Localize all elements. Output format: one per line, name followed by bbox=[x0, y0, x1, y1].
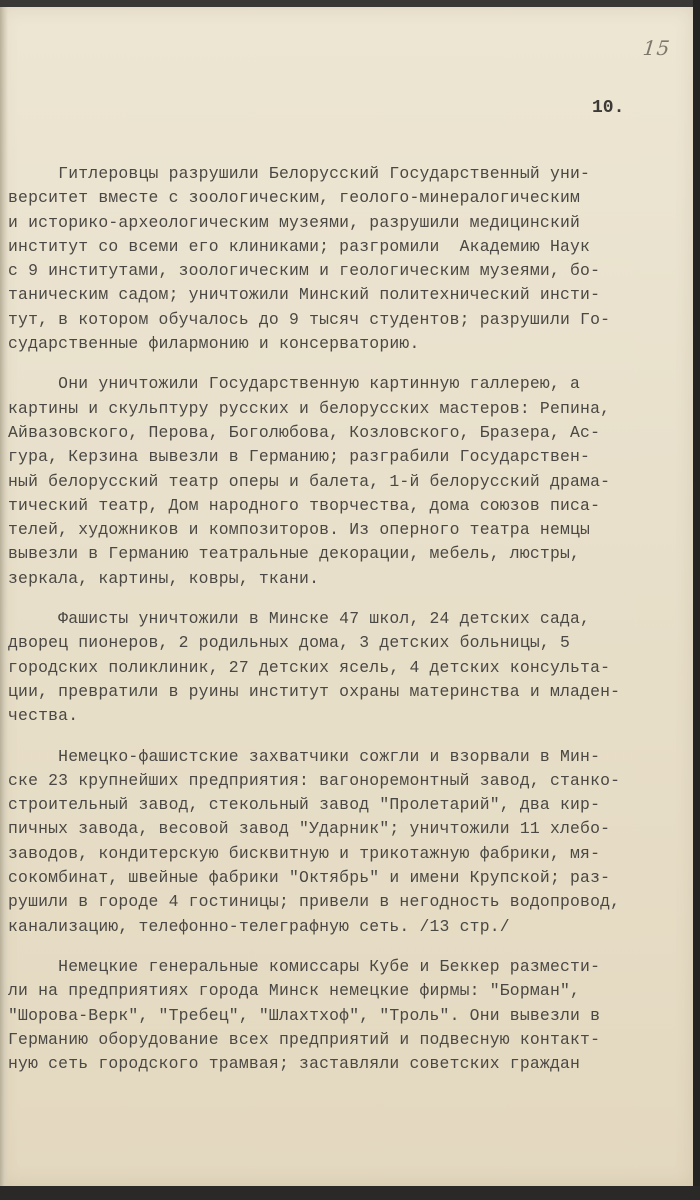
text-line: ции, превратили в руины институт охраны … bbox=[8, 680, 698, 704]
text-line: Айвазовского, Перова, Боголюбова, Козлов… bbox=[8, 421, 698, 445]
text-line: рушили в городе 4 гостиницы; привели в н… bbox=[8, 890, 698, 914]
text-line: Фашисты уничтожили в Минске 47 школ, 24 … bbox=[8, 607, 698, 631]
text-line: пичных завода, весовой завод "Ударник"; … bbox=[8, 817, 698, 841]
text-line: тический театр, Дом народного творчества… bbox=[8, 494, 698, 518]
text-line: и историко-археологическим музеями, разр… bbox=[8, 211, 698, 235]
text-line: чества. bbox=[8, 704, 698, 728]
document-body: Гитлеровцы разрушили Белорусский Государ… bbox=[8, 162, 698, 1092]
archive-sheet-number: 15 bbox=[642, 36, 672, 60]
text-line: Они уничтожили Государственную картинную… bbox=[8, 372, 698, 396]
text-line: "Шорова-Верк", "Требец", "Шлахтхоф", "Тр… bbox=[8, 1004, 698, 1028]
paragraph-german-firms: Немецкие генеральные комиссары Кубе и Бе… bbox=[8, 955, 698, 1076]
text-line: телей, художников и композиторов. Из опе… bbox=[8, 518, 698, 542]
paragraph-industry: Немецко-фашистские захватчики сожгли и в… bbox=[8, 745, 698, 939]
text-line: с 9 институтами, зоологическим и геологи… bbox=[8, 259, 698, 283]
scanner-frame-top bbox=[0, 0, 700, 7]
text-line: картины и скульптуру русских и белорусск… bbox=[8, 397, 698, 421]
paragraph-gallery-theatres: Они уничтожили Государственную картинную… bbox=[8, 372, 698, 591]
text-line: сударственные филармонию и консерваторию… bbox=[8, 332, 698, 356]
text-line: заводов, кондитерскую бисквитную и трико… bbox=[8, 842, 698, 866]
page-number: 10. bbox=[592, 98, 624, 118]
text-line: таническим садом; уничтожили Минский пол… bbox=[8, 283, 698, 307]
text-line: вывезли в Германию театральные декорации… bbox=[8, 542, 698, 566]
paragraph-schools-hospitals: Фашисты уничтожили в Минске 47 школ, 24 … bbox=[8, 607, 698, 728]
paragraph-university-destruction: Гитлеровцы разрушили Белорусский Государ… bbox=[8, 162, 698, 356]
page-binding-edge bbox=[0, 7, 8, 1186]
text-line: городских поликлиник, 27 детских ясель, … bbox=[8, 656, 698, 680]
text-line: Немецко-фашистские захватчики сожгли и в… bbox=[8, 745, 698, 769]
text-line: Гитлеровцы разрушили Белорусский Государ… bbox=[8, 162, 698, 186]
text-line: верситет вместе с зоологическим, геолого… bbox=[8, 186, 698, 210]
text-line: ный белорусский театр оперы и балета, 1-… bbox=[8, 470, 698, 494]
text-line: дворец пионеров, 2 родильных дома, 3 дет… bbox=[8, 631, 698, 655]
text-line: Германию оборудование всех предприятий и… bbox=[8, 1028, 698, 1052]
text-line: ную сеть городского трамвая; заставляли … bbox=[8, 1052, 698, 1076]
scanner-frame-bottom bbox=[0, 1186, 700, 1200]
text-line: тут, в котором обучалось до 9 тысяч студ… bbox=[8, 308, 698, 332]
text-line: ске 23 крупнейших предприятия: вагонорем… bbox=[8, 769, 698, 793]
text-line: сокомбинат, швейные фабрики "Октябрь" и … bbox=[8, 866, 698, 890]
text-line: ли на предприятиях города Минск немецкие… bbox=[8, 979, 698, 1003]
text-line: зеркала, картины, ковры, ткани. bbox=[8, 567, 698, 591]
text-line: Немецкие генеральные комиссары Кубе и Бе… bbox=[8, 955, 698, 979]
text-line: строительный завод, стекольный завод "Пр… bbox=[8, 793, 698, 817]
text-line: гура, Керзина вывезли в Германию; разгра… bbox=[8, 445, 698, 469]
text-line: институт со всеми его клиниками; разгром… bbox=[8, 235, 698, 259]
text-line: канализацию, телефонно-телеграфную сеть.… bbox=[8, 915, 698, 939]
